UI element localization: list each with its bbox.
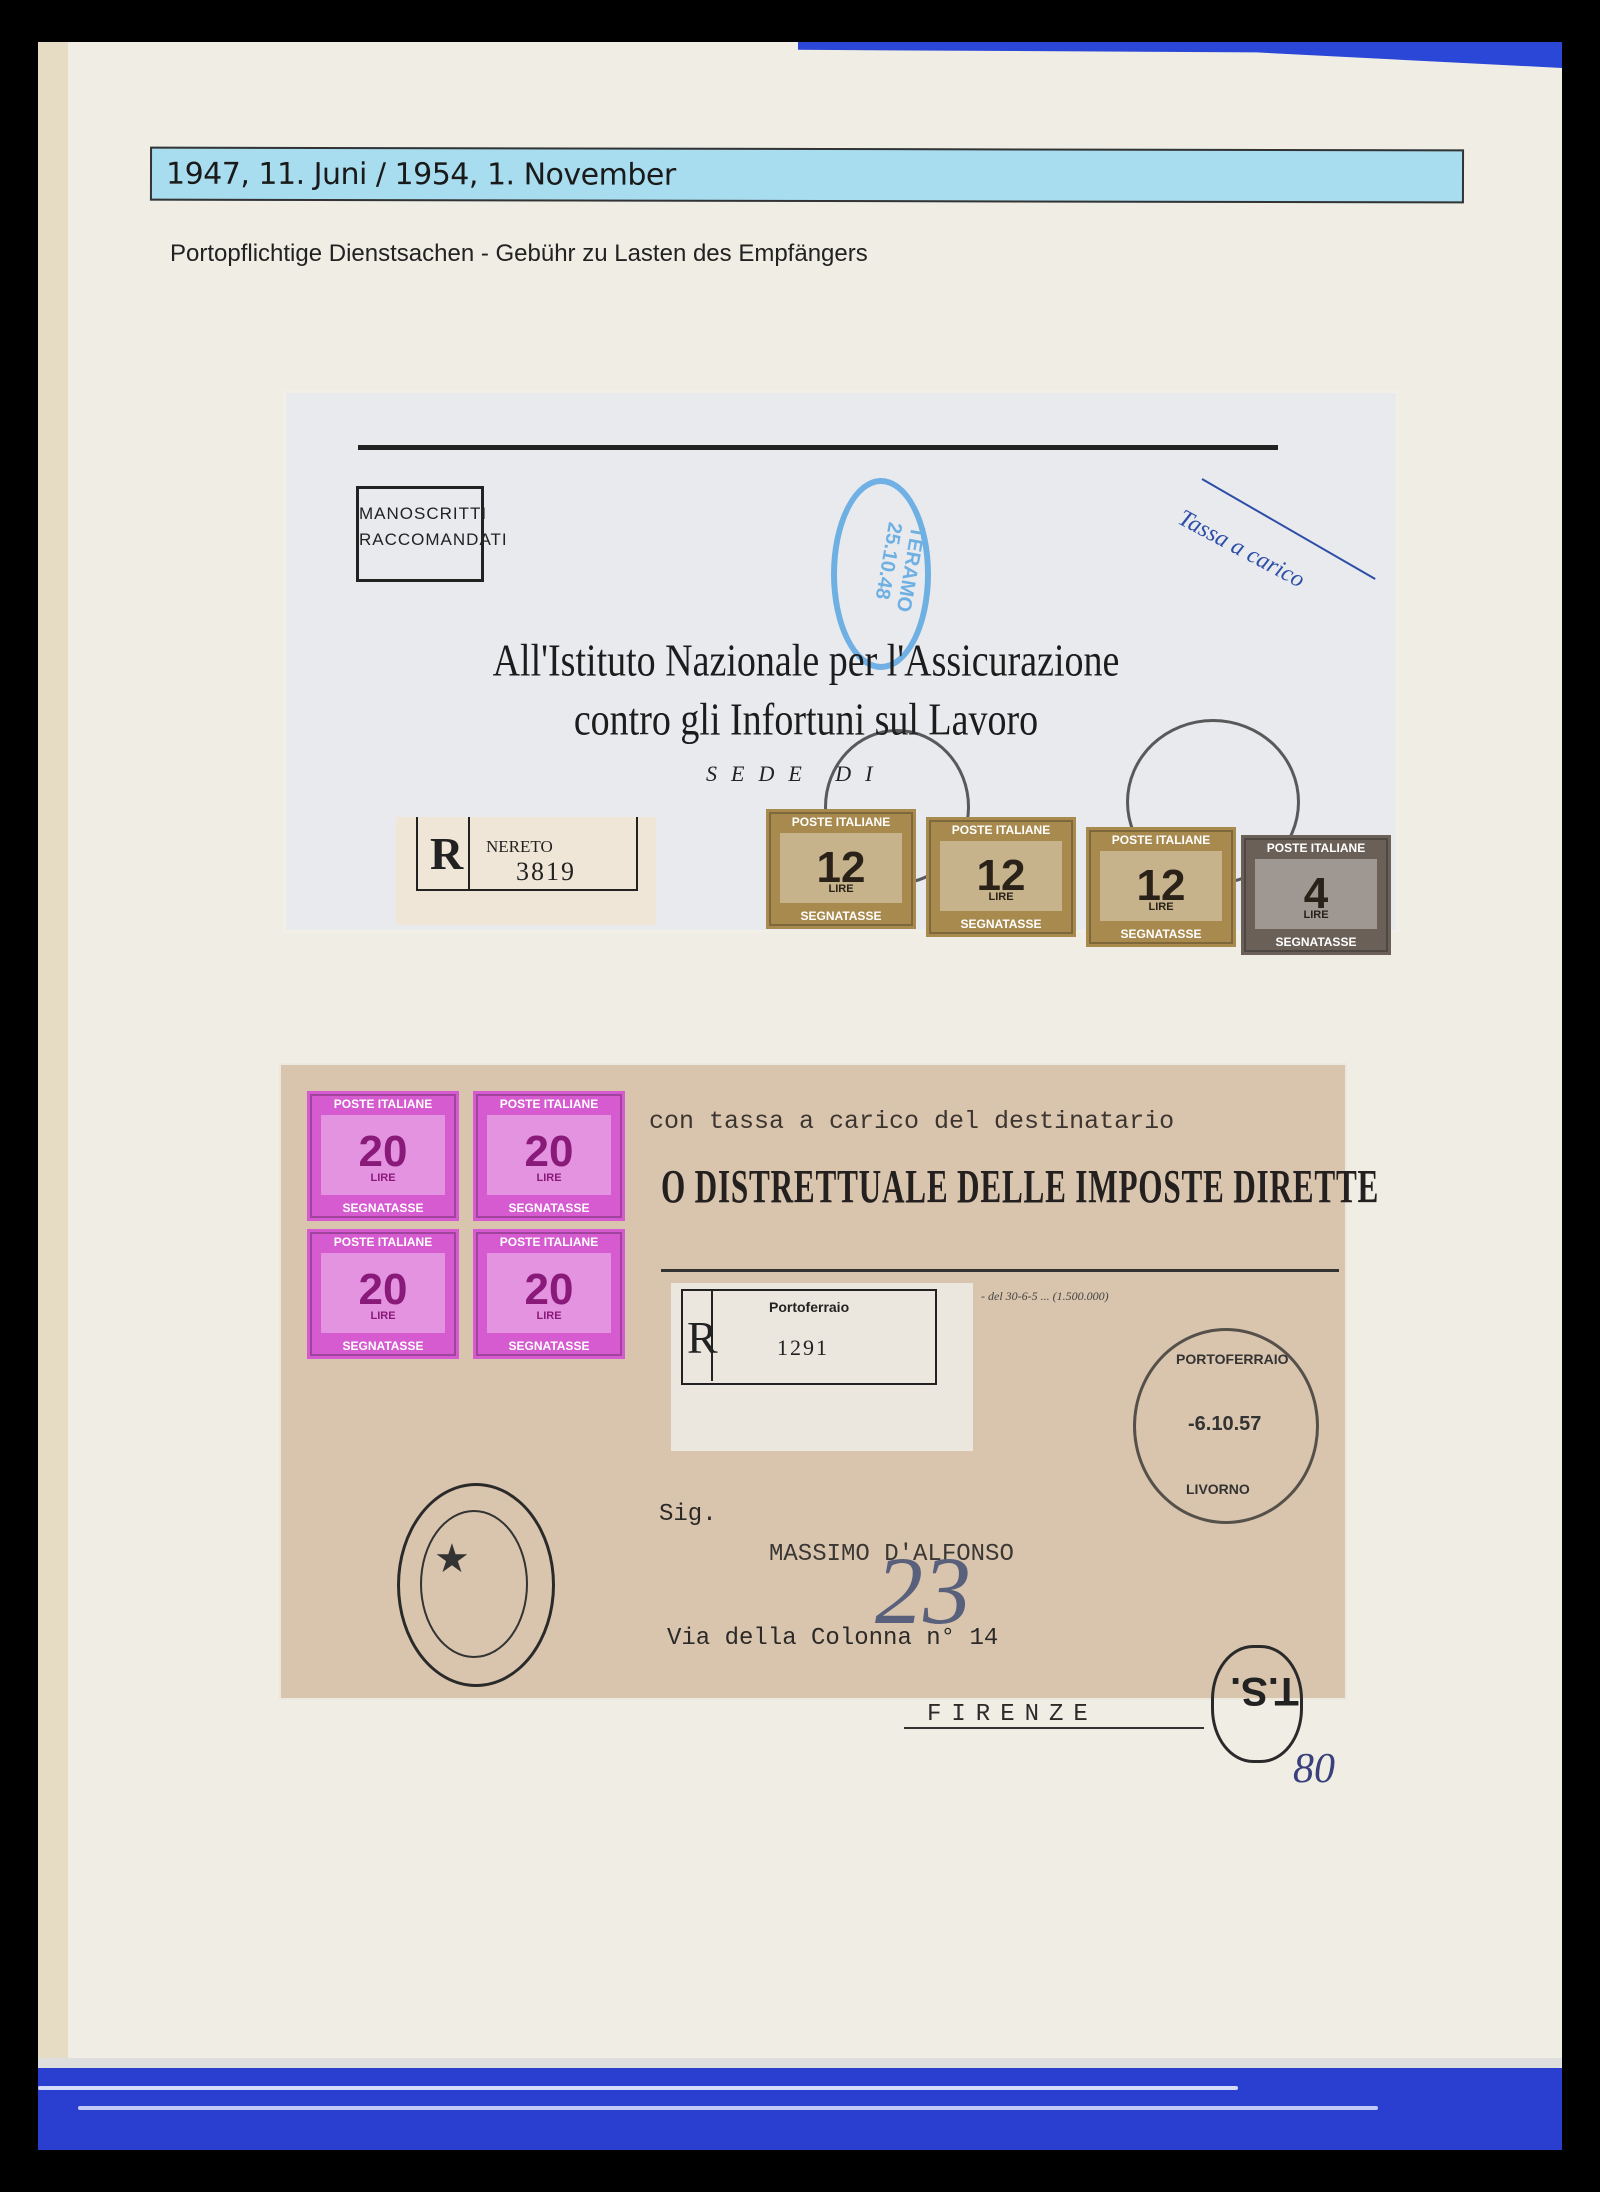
postage-stamp: POSTE ITALIANE 20 LIRE SEGNATASSE xyxy=(307,1091,459,1221)
address-line-1: All'Istituto Nazionale per l'Assicurazio… xyxy=(306,635,1306,688)
page-title: 1947, 11. Juni / 1954, 1. November xyxy=(166,157,676,193)
registration-place: NERETO xyxy=(486,837,553,857)
registration-place: Portoferraio xyxy=(769,1299,849,1315)
binder-bottom-band xyxy=(38,2068,1562,2150)
office-seal: ★ xyxy=(397,1483,555,1687)
page-spine xyxy=(38,42,68,2150)
small-print: - del 30-6-5 ... (1.500.000) xyxy=(981,1289,1109,1304)
heading-box: 1947, 11. Juni / 1954, 1. November xyxy=(150,147,1464,204)
manoscritti-box: MANOSCRITTI RACCOMANDATI xyxy=(356,486,484,582)
header-rule xyxy=(661,1269,1339,1272)
portoferraio-postmark: PORTOFERRAIO -6.10.57 LIVORNO xyxy=(1133,1328,1319,1524)
registration-label: R Portoferraio 1291 xyxy=(671,1283,973,1451)
postage-stamp: POSTE ITALIANE 12 LIRE SEGNATASSE xyxy=(766,809,916,929)
header-rule xyxy=(358,445,1278,450)
handwritten-amount: 80 xyxy=(1293,1745,1335,1793)
ts-mark: T.S. xyxy=(1211,1645,1303,1763)
box-line-2: RACCOMANDATI xyxy=(359,527,481,553)
sleeve-edge xyxy=(38,2058,1562,2068)
cover-1: MANOSCRITTI RACCOMANDATI TERAMO 25.10.48… xyxy=(286,393,1396,930)
recipient-city: FIRENZE xyxy=(927,1701,1098,1728)
recipient-salutation: Sig. xyxy=(659,1501,717,1528)
page-subtitle: Portopflichtige Dienstsachen - Gebühr zu… xyxy=(170,240,868,268)
binder-top-band xyxy=(798,42,1562,68)
handwritten-note: Tassa a carico xyxy=(1173,505,1309,594)
registration-letter: R xyxy=(687,1311,718,1364)
city-underline xyxy=(904,1727,1204,1729)
registration-label: R NERETO 3819 xyxy=(396,817,656,925)
header-line-1: con tassa a carico del destinatario xyxy=(649,1107,1174,1136)
album-page: 1947, 11. Juni / 1954, 1. November Porto… xyxy=(38,42,1562,2150)
postage-stamp: POSTE ITALIANE 20 LIRE SEGNATASSE xyxy=(473,1229,625,1359)
postage-stamp: POSTE ITALIANE 12 LIRE SEGNATASSE xyxy=(1086,827,1236,947)
cover-2: con tassa a carico del destinatario O DI… xyxy=(281,1065,1345,1698)
registration-number: 3819 xyxy=(516,857,576,887)
box-line-1: MANOSCRITTI xyxy=(359,501,481,527)
star-icon: ★ xyxy=(434,1536,470,1582)
postage-stamp: POSTE ITALIANE 12 LIRE SEGNATASSE xyxy=(926,817,1076,937)
registration-letter: R xyxy=(430,827,463,880)
postage-stamp: POSTE ITALIANE 4 LIRE SEGNATASSE xyxy=(1241,835,1391,955)
handwritten-number: 23 xyxy=(875,1535,971,1646)
postage-stamp: POSTE ITALIANE 20 LIRE SEGNATASSE xyxy=(307,1229,459,1359)
header-line-2: O DISTRETTUALE DELLE IMPOSTE DIRETTE xyxy=(661,1158,1379,1214)
postage-stamp: POSTE ITALIANE 20 LIRE SEGNATASSE xyxy=(473,1091,625,1221)
registration-number: 1291 xyxy=(777,1335,829,1361)
